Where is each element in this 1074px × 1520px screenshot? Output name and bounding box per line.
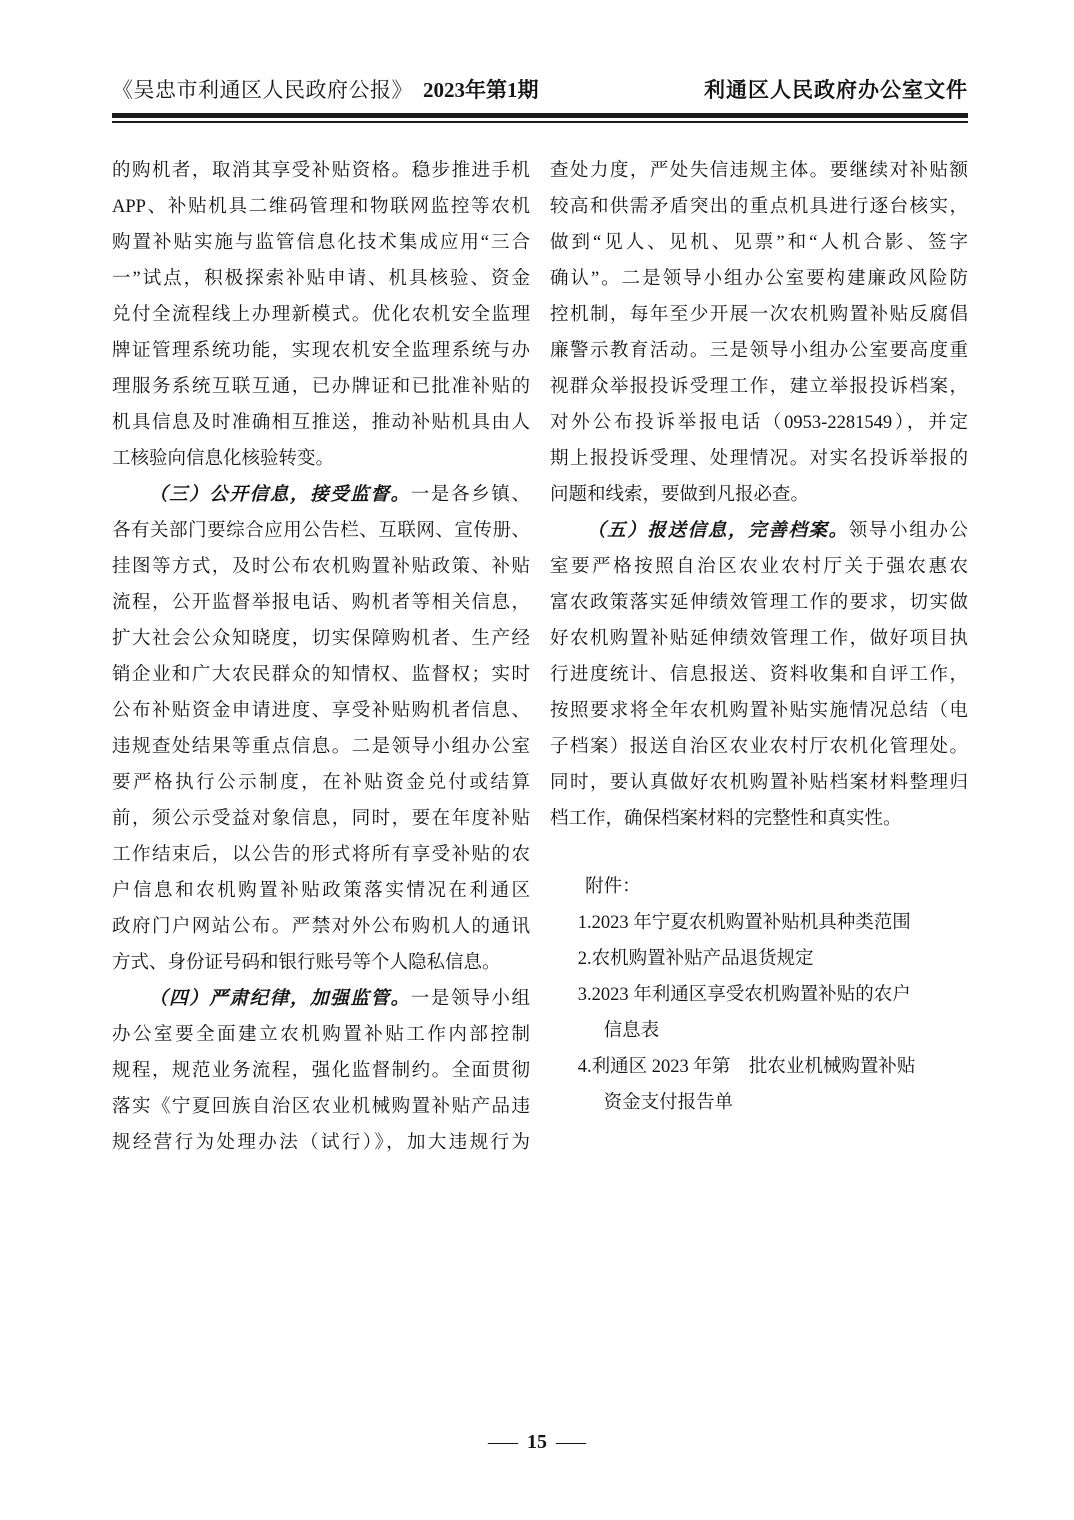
footer-dash-left: — [488, 1431, 518, 1454]
text-line: APP、补贴机具二维码管理和物联网监控等农机 [112, 189, 530, 225]
header-rule-thick [112, 113, 968, 118]
text-line: 档工作，确保档案材料的完整性和真实性。 [550, 801, 968, 837]
text-line: 工作结束后，以公告的形式将所有享受补贴的农 [112, 837, 530, 873]
text-line: 资金支付报告单 [550, 1085, 968, 1121]
text-line: 期上报投诉受理、处理情况。对实名投诉举报的 [550, 441, 968, 477]
text-line: （三）公开信息，接受监督。一是各乡镇、 [112, 477, 530, 513]
text-line: 较高和供需矛盾突出的重点机具进行逐台核实， [550, 189, 968, 225]
text-line: 室要严格按照自治区农业农村厅关于强农惠农 [550, 549, 968, 585]
text-line: 富农政策落实延伸绩效管理工作的要求，切实做 [550, 585, 968, 621]
text-line: 做到“见人、见机、见票”和“人机合影、签字 [550, 225, 968, 261]
text-line: 附件： [550, 869, 968, 905]
text-line: 违规查处结果等重点信息。二是领导小组办公室 [112, 729, 530, 765]
text-line: 扩大社会公众知晓度，切实保障购机者、生产经 [112, 621, 530, 657]
page-number: 15 [527, 1431, 547, 1453]
paragraph-heading: （四）严肃纪律，加强监管。 [149, 989, 411, 1009]
text-line: 要严格执行公示制度，在补贴资金兑付或结算 [112, 765, 530, 801]
text-line: 查处力度，严处失信违规主体。要继续对补贴额 [550, 153, 968, 189]
text-line: 购置补贴实施与监管信息化技术集成应用“三合 [112, 225, 530, 261]
text-line: 公布补贴资金申请进度、享受补贴购机者信息、 [112, 693, 530, 729]
text-line: 牌证管理系统功能，实现农机安全监理系统与办 [112, 333, 530, 369]
text-line: 廉警示教育活动。三是领导小组办公室要高度重 [550, 333, 968, 369]
text-line: 问题和线索，要做到凡报必查。 [550, 477, 968, 513]
text-line: 子档案）报送自治区农业农村厅农机化管理处。 [550, 729, 968, 765]
issue-label: 2023年第1期 [423, 74, 539, 104]
text-line: 视群众举报投诉受理工作，建立举报投诉档案， [550, 369, 968, 405]
text-line: 一”试点，积极探索补贴申请、机具核验、资金 [112, 261, 530, 297]
text-line: 规经营行为处理办法（试行）》，加大违规行为 [112, 1125, 530, 1161]
header-rule [112, 113, 968, 123]
text-line: 方式、身份证号码和银行账号等个人隐私信息。 [112, 945, 530, 981]
text-line: 销企业和广大农民群众的知情权、监督权；实时 [112, 657, 530, 693]
text-line: 前，须公示受益对象信息，同时，要在年度补贴 [112, 801, 530, 837]
right-column: 查处力度，严处失信违规主体。要继续对补贴额较高和供需矛盾突出的重点机具进行逐台核… [550, 153, 968, 1161]
document-body: 的购机者，取消其享受补贴资格。稳步推进手机APP、补贴机具二维码管理和物联网监控… [0, 153, 1074, 1161]
office-doc-label: 利通区人民政府办公室文件 [704, 74, 968, 104]
text-line: 理服务系统互联互通，已办牌证和已批准补贴的 [112, 369, 530, 405]
text-line: 确认”。二是领导小组办公室要构建廉政风险防 [550, 261, 968, 297]
text-line: 落实《宁夏回族自治区农业机械购置补贴产品违 [112, 1089, 530, 1125]
text-line: 2.农机购置补贴产品退货规定 [550, 941, 968, 977]
header-rule-thin [112, 121, 968, 123]
text-line: 3.2023 年利通区享受农机购置补贴的农户 [550, 977, 968, 1013]
text-line: 行进度统计、信息报送、资料收集和自评工作， [550, 657, 968, 693]
text-line: 机具信息及时准确相互推送，推动补贴机具由人 [112, 405, 530, 441]
gazette-title: 《吴忠市利通区人民政府公报》 [112, 74, 413, 104]
text-line: 4.利通区 2023 年第 批农业机械购置补贴 [550, 1049, 968, 1085]
text-line: 同时，要认真做好农机购置补贴档案材料整理归 [550, 765, 968, 801]
text-line: 1.2023 年宁夏农机购置补贴机具种类范围 [550, 905, 968, 941]
text-line: （四）严肃纪律，加强监管。一是领导小组 [112, 981, 530, 1017]
text-line: 流程，公开监督举报电话、购机者等相关信息， [112, 585, 530, 621]
text-line: 好农机购置补贴延伸绩效管理工作，做好项目执 [550, 621, 968, 657]
text-line: 兑付全流程线上办理新模式。优化农机安全监理 [112, 297, 530, 333]
text-line: 按照要求将全年农机购置补贴实施情况总结（电 [550, 693, 968, 729]
text-line: 户信息和农机购置补贴政策落实情况在利通区 [112, 873, 530, 909]
paragraph-heading: （五）报送信息，完善档案。 [587, 521, 849, 541]
text-line: 办公室要全面建立农机购置补贴工作内部控制 [112, 1017, 530, 1053]
footer-dash-right: — [556, 1431, 586, 1454]
text-line: 规程，规范业务流程，强化监督制约。全面贯彻 [112, 1053, 530, 1089]
left-column: 的购机者，取消其享受补贴资格。稳步推进手机APP、补贴机具二维码管理和物联网监控… [112, 153, 530, 1161]
gazette-page: 《吴忠市利通区人民政府公报》 2023年第1期 利通区人民政府办公室文件 的购机… [0, 0, 1074, 1520]
text-line: 工核验向信息化核验转变。 [112, 441, 530, 477]
page-header: 《吴忠市利通区人民政府公报》 2023年第1期 利通区人民政府办公室文件 [0, 0, 1074, 123]
text-line: 挂图等方式，及时公布农机购置补贴政策、补贴 [112, 549, 530, 585]
text-line: 的购机者，取消其享受补贴资格。稳步推进手机 [112, 153, 530, 189]
text-line: （五）报送信息，完善档案。领导小组办公 [550, 513, 968, 549]
text-line: 政府门户网站公布。严禁对外公布购机人的通讯 [112, 909, 530, 945]
text-line: 信息表 [550, 1013, 968, 1049]
header-left: 《吴忠市利通区人民政府公报》 2023年第1期 [112, 74, 539, 104]
text-line: 控机制，每年至少开展一次农机购置补贴反腐倡 [550, 297, 968, 333]
text-line: 各有关部门要综合应用公告栏、互联网、宣传册、 [112, 513, 530, 549]
text-line: 对外公布投诉举报电话（0953-2281549），并定 [550, 405, 968, 441]
paragraph-heading: （三）公开信息，接受监督。 [149, 485, 411, 505]
page-footer: —15— [0, 1431, 1074, 1454]
